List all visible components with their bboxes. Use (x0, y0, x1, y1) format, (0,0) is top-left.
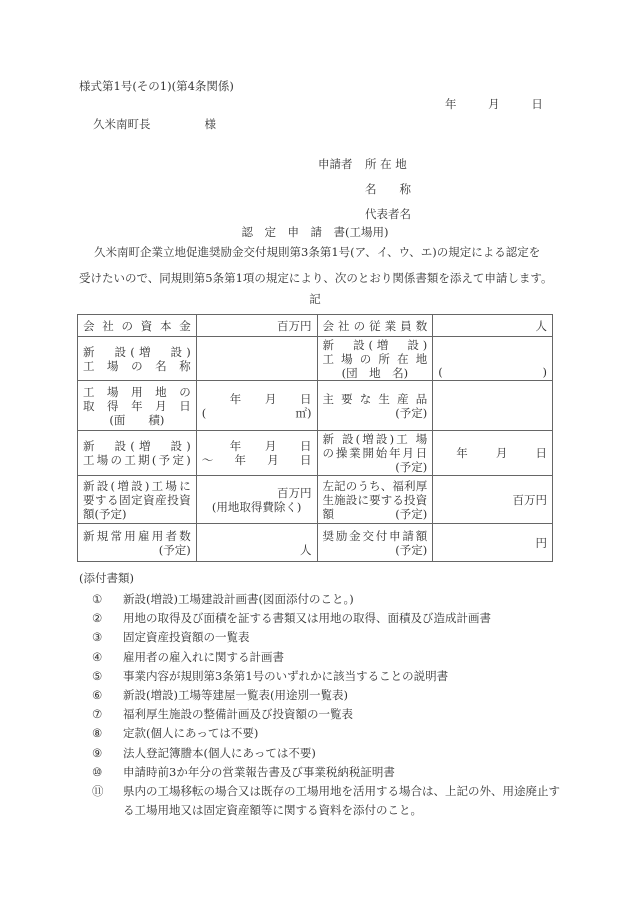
label-operation-start: 新 設(増設)工 場 の操業開始年月日 (予定) (317, 431, 433, 476)
table-row: 新設(増設)工場に 要する固定資産投資 額(予定) 百万円 (用地取得費除く) … (78, 476, 553, 524)
item-number: ② (92, 609, 123, 628)
item-number: ⑥ (92, 686, 123, 705)
item-number: ⑧ (92, 724, 123, 743)
list-item: ① 新設(増設)工場建設計画書(図面添付のこと。) (92, 590, 563, 609)
ki-heading: 記 (0, 292, 630, 306)
item-text: 固定資産投資額の一覧表 (123, 628, 563, 647)
table-row: 新規常用雇用者数 (予定) 人 奨励金交付申請額 (予定) 円 (78, 524, 553, 562)
item-text: 申請時前3か年分の営業報告書及び事業税納税証明書 (123, 763, 563, 782)
value-factory-location[interactable]: ( ) (433, 337, 553, 381)
label-main-products: 主要な生産品 (予定) (317, 381, 433, 431)
table-row: 工場用地の 取得年月日 (面 積) 年 月 日 ( ㎡) 主要な生産品 (予定) (78, 381, 553, 431)
list-item: ⑨ 法人登記簿謄本(個人にあっては不要) (92, 744, 563, 763)
label-incentive-amount: 奨励金交付申請額 (予定) (317, 524, 433, 562)
date-day: 日 (531, 97, 543, 111)
body-line-2: 受けたいので、同規則第5条第1項の規定により、次のとおり関係書類を添えて申請しま… (79, 271, 552, 285)
honorific: 様 (205, 117, 217, 131)
value-new-employees[interactable]: 人 (196, 524, 317, 562)
value-welfare-investment[interactable]: 百万円 (433, 476, 553, 524)
value-capital[interactable]: 百万円 (196, 315, 317, 337)
list-item: ② 用地の取得及び面積を証する書類又は用地の取得、面積及び造成計画書 (92, 609, 563, 628)
list-item: ⑧ 定款(個人にあっては不要) (92, 724, 563, 743)
tilde: ～ (202, 453, 214, 467)
date-year: 年 (445, 97, 457, 111)
application-table: 会社の資本金 百万円 会社の従業員数 人 新 設(増 設) 工場の名称 新 設(… (77, 314, 553, 562)
item-text: 雇用者の雇入れに関する計画書 (123, 648, 563, 667)
item-text: 県内の工場移転の場合又は既存の工場用地を活用する場合は、上記の外、用途廃止する工… (123, 782, 563, 820)
item-text: 用地の取得及び面積を証する書類又は用地の取得、面積及び造成計画書 (123, 609, 563, 628)
item-number: ④ (92, 648, 123, 667)
list-item: ⑤ 事業内容が規則第3条第1号のいずれかに該当することの説明書 (92, 667, 563, 686)
applicant-representative-label: 代表者名 (365, 206, 411, 222)
attachments-heading: (添付書類) (79, 571, 134, 585)
submission-date: 年 月 日 (445, 97, 543, 111)
label-factory-location: 新 設(増 設) 工場の所在地 (団 地 名) (317, 337, 433, 381)
value-incentive-amount[interactable]: 円 (433, 524, 553, 562)
applicant-role: 申請者 (318, 156, 353, 172)
addressee-name: 久米南町長 (93, 117, 151, 131)
label-new-employees: 新規常用雇用者数 (予定) (78, 524, 197, 562)
list-item: ⑩ 申請時前3か年分の営業報告書及び事業税納税証明書 (92, 763, 563, 782)
list-item: ⑥ 新設(増設)工場等建屋一覧表(用途別一覧表) (92, 686, 563, 705)
label-factory-name: 新 設(増 設) 工場の名称 (78, 337, 197, 381)
item-text: 新設(増設)工場等建屋一覧表(用途別一覧表) (123, 686, 563, 705)
table-row: 新 設(増 設) 工場の工期(予定) 年 月 日 ～ 年 月 日 新 設(増設)… (78, 431, 553, 476)
list-item: ④ 雇用者の雇入れに関する計画書 (92, 648, 563, 667)
label-land-acquisition: 工場用地の 取得年月日 (面 積) (78, 381, 197, 431)
list-item: ⑪ 県内の工場移転の場合又は既存の工場用地を活用する場合は、上記の外、用途廃止す… (92, 782, 563, 820)
item-number: ⑪ (92, 782, 123, 820)
value-factory-name[interactable] (196, 337, 317, 381)
item-number: ③ (92, 628, 123, 647)
value-operation-start[interactable]: 年 月 日 (433, 431, 553, 476)
label-capital: 会社の資本金 (78, 315, 197, 337)
item-number: ⑨ (92, 744, 123, 763)
label-construction-period: 新 設(増 設) 工場の工期(予定) (78, 431, 197, 476)
table-row: 会社の資本金 百万円 会社の従業員数 人 (78, 315, 553, 337)
label-fixed-asset-investment: 新設(増設)工場に 要する固定資産投資 額(予定) (78, 476, 197, 524)
item-number: ⑤ (92, 667, 123, 686)
document-title: 認 定 申 請 書(工場用) (0, 225, 630, 239)
label-welfare-investment: 左記のうち、福利厚 生施設に要する投資 額 (予定) (317, 476, 433, 524)
value-employees[interactable]: 人 (433, 315, 553, 337)
item-number: ① (92, 590, 123, 609)
applicant-address-label: 所 在 地 (365, 156, 407, 172)
value-construction-period[interactable]: 年 月 日 ～ 年 月 日 (196, 431, 317, 476)
table-row: 新 設(増 設) 工場の名称 新 設(増 設) 工場の所在地 (団 地 名) (… (78, 337, 553, 381)
item-text: 事業内容が規則第3条第1号のいずれかに該当することの説明書 (123, 667, 563, 686)
addressee: 久米南町長様 (93, 117, 216, 131)
item-text: 福利厚生施設の整備計画及び投資額の一覧表 (123, 705, 563, 724)
date-month: 月 (488, 97, 500, 111)
attachments-list: ① 新設(増設)工場建設計画書(図面添付のこと。) ② 用地の取得及び面積を証す… (92, 590, 563, 820)
list-item: ⑦ 福利厚生施設の整備計画及び投資額の一覧表 (92, 705, 563, 724)
item-text: 定款(個人にあっては不要) (123, 724, 563, 743)
item-text: 法人登記簿謄本(個人にあっては不要) (123, 744, 563, 763)
body-line-1: 久米南町企業立地促進奨励金交付規則第3条第1号(ア、イ、ウ、エ)の規定による認定… (94, 245, 540, 259)
form-number: 様式第1号(その1)(第4条関係) (79, 79, 234, 93)
item-number: ⑦ (92, 705, 123, 724)
value-fixed-asset-investment[interactable]: 百万円 (用地取得費除く) (196, 476, 317, 524)
list-item: ③ 固定資産投資額の一覧表 (92, 628, 563, 647)
value-main-products[interactable] (433, 381, 553, 431)
applicant-name-label: 名 称 (365, 181, 411, 197)
value-land-acquisition[interactable]: 年 月 日 ( ㎡) (196, 381, 317, 431)
item-text: 新設(増設)工場建設計画書(図面添付のこと。) (123, 590, 563, 609)
item-number: ⑩ (92, 763, 123, 782)
label-employees: 会社の従業員数 (317, 315, 433, 337)
